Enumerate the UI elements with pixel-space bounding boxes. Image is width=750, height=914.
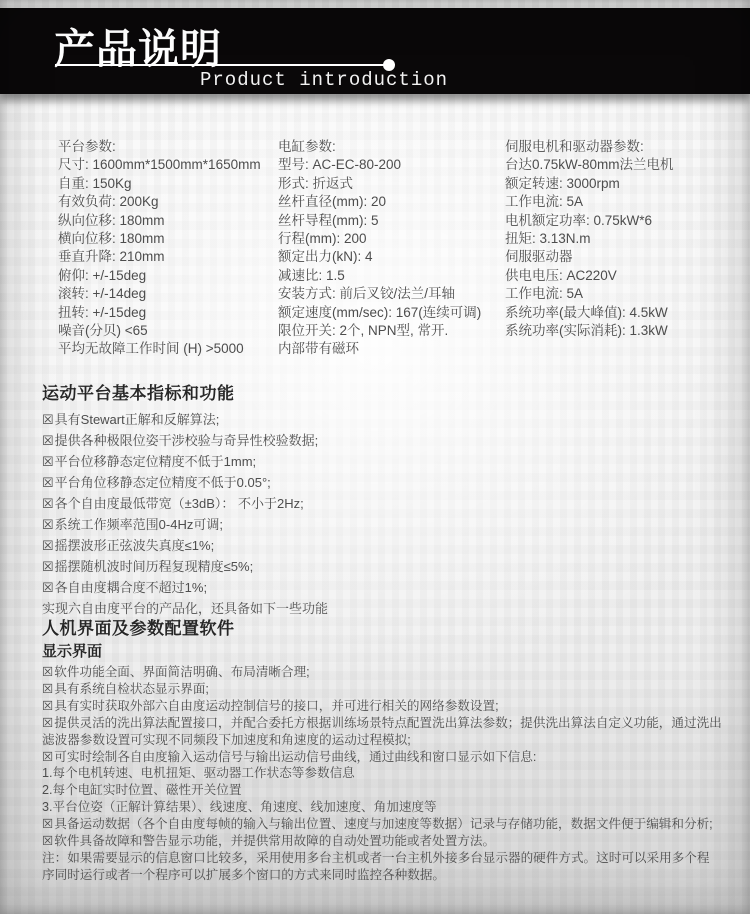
spec-line: 内部带有磁环	[278, 340, 505, 358]
software-item: 2.每个电缸实时位置、磁性开关位置	[42, 782, 722, 799]
feature-item: ☒平台角位移静态定位精度不低于0.05°;	[42, 472, 716, 493]
spec-line: 额定出力(kN): 4	[278, 248, 505, 266]
spec-line: 丝杆直径(mm): 20	[278, 193, 505, 211]
feature-text: 具有Stewart正解和反解算法;	[55, 412, 220, 427]
spec-column: 电缸参数:型号: AC-EC-80-200形式: 折返式丝杆直径(mm): 20…	[278, 138, 505, 359]
spec-line: 扭矩: 3.13N.m	[505, 230, 674, 248]
software-item: 注：如果需要显示的信息窗口比较多，采用使用多台主机或者一台主机外接多台显示器的硬…	[42, 850, 722, 884]
spec-line: 额定转速: 3000rpm	[505, 175, 674, 193]
spec-line: 横向位移: 180mm	[58, 230, 278, 248]
software-item: ☒具有实时获取外部六自由度运动控制信号的接口，并可进行相关的网络参数设置;	[42, 698, 722, 715]
checkbox-x-icon: ☒	[42, 665, 53, 679]
feature-text: 摇摆随机波时间历程复现精度≤5%;	[55, 559, 254, 574]
spec-line: 安装方式: 前后叉铰/法兰/耳轴	[278, 285, 505, 303]
checkbox-x-icon: ☒	[42, 682, 53, 696]
software-item: ☒提供灵活的洗出算法配置接口，并配合委托方根据训练场景特点配置洗出算法参数；提供…	[42, 715, 722, 749]
features-section: 运动平台基本指标和功能 ☒具有Stewart正解和反解算法;☒提供各种极限位姿干…	[42, 379, 716, 619]
software-list: ☒软件功能全面、界面简洁明确、布局清晰合理;☒具有系统自检状态显示界面;☒具有实…	[42, 664, 722, 884]
spec-line: 尺寸: 1600mm*1500mm*1650mm	[58, 156, 278, 174]
software-item: ☒具备运动数据（各个自由度每帧的输入与输出位置、速度与加速度等数据）记录与存储功…	[42, 816, 722, 833]
software-item-text: 具有系统自检状态显示界面;	[54, 682, 209, 696]
spec-line: 纵向位移: 180mm	[58, 212, 278, 230]
spec-line: 形式: 折返式	[278, 175, 505, 193]
software-title: 人机界面及参数配置软件	[42, 614, 722, 639]
checkbox-x-icon: ☒	[42, 475, 54, 490]
software-item-text: 具有实时获取外部六自由度运动控制信号的接口，并可进行相关的网络参数设置;	[54, 699, 498, 713]
software-item: ☒软件功能全面、界面简洁明确、布局清晰合理;	[42, 664, 722, 681]
spec-column-title: 电缸参数:	[278, 138, 505, 156]
spec-line: 电机额定功率: 0.75kW*6	[505, 212, 674, 230]
spec-line: 工作电流: 5A	[505, 285, 674, 303]
specs-section: 平台参数:尺寸: 1600mm*1500mm*1650mm自重: 150Kg有效…	[58, 138, 740, 359]
feature-text: 摇摆波形正弦波失真度≤1%;	[55, 538, 215, 553]
feature-item: ☒各个自由度最低带宽（±3dB）： 不小于2Hz;	[42, 493, 716, 514]
software-item: 1.每个电机转速、电机扭矩、驱动器工作状态等参数信息	[42, 765, 722, 782]
product-description-page: 产品说明 Product introduction 平台参数:尺寸: 1600m…	[0, 0, 750, 914]
feature-item: ☒摇摆波形正弦波失真度≤1%;	[42, 535, 716, 556]
checkbox-x-icon: ☒	[42, 454, 54, 469]
software-item-text: 2.每个电缸实时位置、磁性开关位置	[42, 783, 241, 797]
spec-line: 垂直升降: 210mm	[58, 248, 278, 266]
spec-line: 滚转: +/-14deg	[58, 285, 278, 303]
software-item: ☒可实时绘制各自由度输入运动信号与输出运动信号曲线，通过曲线和窗口显示如下信息:	[42, 749, 722, 766]
checkbox-x-icon: ☒	[42, 716, 53, 730]
spec-line: 限位开关: 2个, NPN型, 常开.	[278, 322, 505, 340]
spec-line: 有效负荷: 200Kg	[58, 193, 278, 211]
spec-column-title: 伺服电机和驱动器参数:	[505, 138, 674, 156]
software-item-text: 具备运动数据（各个自由度每帧的输入与输出位置、速度与加速度等数据）记录与存储功能…	[54, 817, 712, 831]
checkbox-x-icon: ☒	[42, 559, 54, 574]
feature-item: ☒具有Stewart正解和反解算法;	[42, 409, 716, 430]
spec-line: 噪音(分贝) <65	[58, 322, 278, 340]
checkbox-x-icon: ☒	[42, 433, 54, 448]
feature-item: ☒平台位移静态定位精度不低于1mm;	[42, 451, 716, 472]
checkbox-x-icon: ☒	[42, 834, 53, 848]
software-item-text: 提供灵活的洗出算法配置接口，并配合委托方根据训练场景特点配置洗出算法参数；提供洗…	[42, 716, 722, 747]
software-item-text: 3.平台位姿（正解计算结果）、线速度、角速度、线加速度、角加速度等	[42, 800, 437, 814]
spec-line: 工作电流: 5A	[505, 193, 674, 211]
feature-item: ☒提供各种极限位姿干涉校验与奇异性校验数据;	[42, 430, 716, 451]
spec-line: 俯仰: +/-15deg	[58, 267, 278, 285]
software-item-text: 1.每个电机转速、电机扭矩、驱动器工作状态等参数信息	[42, 766, 355, 780]
checkbox-x-icon: ☒	[42, 496, 54, 511]
features-title: 运动平台基本指标和功能	[42, 379, 716, 404]
header-banner: 产品说明 Product introduction	[0, 8, 750, 94]
feature-text: 系统工作频率范围0-4Hz可调;	[55, 517, 223, 532]
software-item-text: 可实时绘制各自由度输入运动信号与输出运动信号曲线，通过曲线和窗口显示如下信息:	[54, 750, 536, 764]
spec-line: 型号: AC-EC-80-200	[278, 156, 505, 174]
spec-line: 供电电压: AC220V	[505, 267, 674, 285]
software-item-text: 注：如果需要显示的信息窗口比较多，采用使用多台主机或者一台主机外接多台显示器的硬…	[42, 851, 709, 882]
spec-column: 伺服电机和驱动器参数:台达0.75kW-80mm法兰电机额定转速: 3000rp…	[505, 138, 674, 359]
feature-item: ☒摇摆随机波时间历程复现精度≤5%;	[42, 556, 716, 577]
spec-line: 额定速度(mm/sec): 167(连续可调)	[278, 304, 505, 322]
spec-line: 扭转: +/-15deg	[58, 304, 278, 322]
checkbox-x-icon: ☒	[42, 580, 54, 595]
software-item: ☒具有系统自检状态显示界面;	[42, 681, 722, 698]
checkbox-x-icon: ☒	[42, 412, 54, 427]
spec-line: 丝杆导程(mm): 5	[278, 212, 505, 230]
checkbox-x-icon: ☒	[42, 750, 53, 764]
spec-line: 系统功率(实际消耗): 1.3kW	[505, 322, 674, 340]
checkbox-x-icon: ☒	[42, 817, 53, 831]
feature-item: ☒系统工作频率范围0-4Hz可调;	[42, 514, 716, 535]
features-list: ☒具有Stewart正解和反解算法;☒提供各种极限位姿干涉校验与奇异性校验数据;…	[42, 409, 716, 598]
feature-item: ☒各自由度耦合度不超过1%;	[42, 577, 716, 598]
feature-text: 平台角位移静态定位精度不低于0.05°;	[55, 475, 271, 490]
spec-line: 台达0.75kW-80mm法兰电机	[505, 156, 674, 174]
feature-text: 各个自由度最低带宽（±3dB）： 不小于2Hz;	[55, 496, 304, 511]
spec-line: 伺服驱动器	[505, 248, 674, 266]
spec-line: 行程(mm): 200	[278, 230, 505, 248]
checkbox-x-icon: ☒	[42, 699, 53, 713]
page-subtitle: Product introduction	[200, 69, 448, 91]
checkbox-x-icon: ☒	[42, 517, 54, 532]
software-item: 3.平台位姿（正解计算结果）、线速度、角速度、线加速度、角加速度等	[42, 799, 722, 816]
spec-line: 自重: 150Kg	[58, 175, 278, 193]
software-item-text: 软件功能全面、界面简洁明确、布局清晰合理;	[54, 665, 309, 679]
spec-line: 平均无故障工作时间 (H) >5000	[58, 340, 278, 358]
software-item: ☒软件具备故障和警告显示功能，并提供常用故障的自动处置功能或者处置方法。	[42, 833, 722, 850]
software-item-text: 软件具备故障和警告显示功能，并提供常用故障的自动处置功能或者处置方法。	[54, 834, 495, 848]
title-underline	[55, 64, 385, 66]
software-section: 人机界面及参数配置软件 显示界面 ☒软件功能全面、界面简洁明确、布局清晰合理;☒…	[42, 614, 722, 884]
spec-line: 减速比: 1.5	[278, 267, 505, 285]
spec-line: 系统功率(最大峰值): 4.5kW	[505, 304, 674, 322]
feature-text: 平台位移静态定位精度不低于1mm;	[55, 454, 257, 469]
page-title: 产品说明	[54, 16, 222, 75]
feature-text: 提供各种极限位姿干涉校验与奇异性校验数据;	[55, 433, 319, 448]
software-subtitle: 显示界面	[42, 640, 722, 661]
checkbox-x-icon: ☒	[42, 538, 54, 553]
spec-column-title: 平台参数:	[58, 138, 278, 156]
feature-text: 各自由度耦合度不超过1%;	[55, 580, 207, 595]
spec-column: 平台参数:尺寸: 1600mm*1500mm*1650mm自重: 150Kg有效…	[58, 138, 278, 359]
